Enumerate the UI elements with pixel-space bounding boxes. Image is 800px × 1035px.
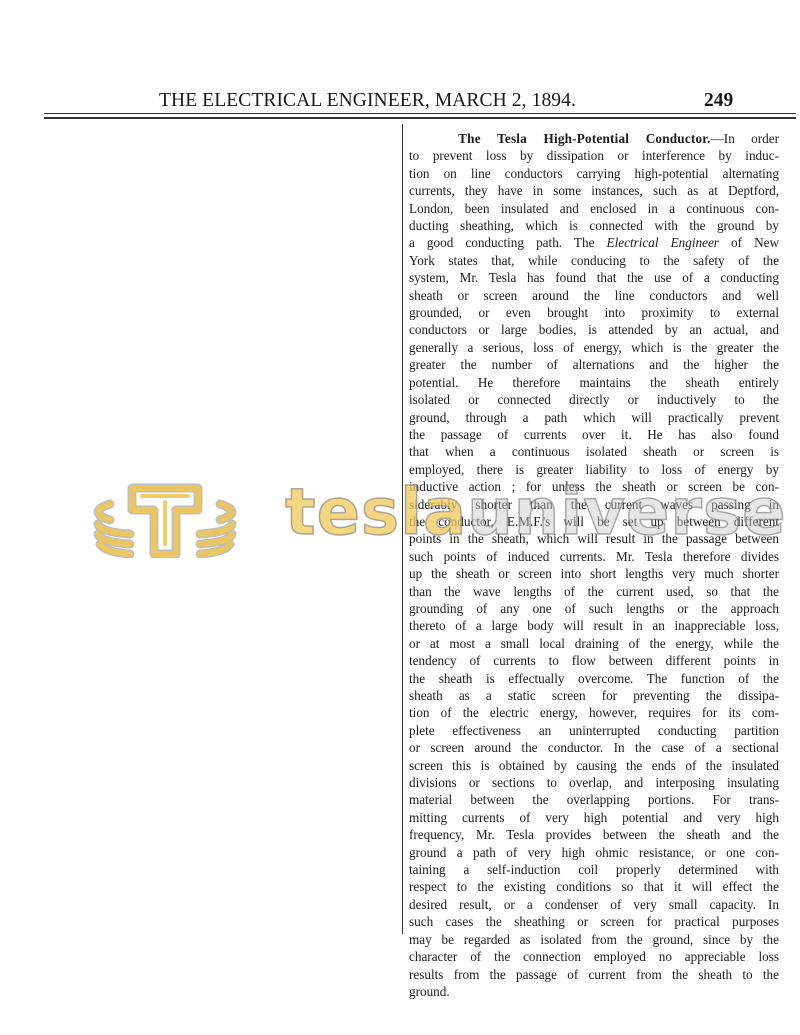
article-line: ground.: [409, 983, 779, 1000]
page-number: 249: [704, 90, 733, 112]
running-header: THE ELECTRICAL ENGINEER, MARCH 2, 1894. …: [44, 88, 796, 114]
article-line: ground, through a path which will practi…: [409, 409, 779, 426]
article-line: points in the sheath, which will result …: [409, 530, 779, 547]
header-rule-thin: [44, 113, 796, 114]
article-line: character of the connection employed no …: [409, 948, 779, 965]
article-line: tendency of currents to flow between dif…: [409, 652, 779, 669]
article-line: than the wave lengths of the current use…: [409, 583, 779, 600]
article-line: respect to the existing conditions so th…: [409, 878, 779, 895]
article-line: isolated or connected directly or induct…: [409, 391, 779, 408]
article-line: may be regarded as isolated from the gro…: [409, 931, 779, 948]
article-line: siderably shorter than the current waves…: [409, 496, 779, 513]
article-line: sheath as a static screen for preventing…: [409, 687, 779, 704]
article-line: to prevent loss by dissipation or interf…: [409, 147, 779, 164]
article-line: system, Mr. Tesla has found that the use…: [409, 269, 779, 286]
article-line: taining a self-induction coil properly d…: [409, 861, 779, 878]
article-line: inductive action ; for unless the sheath…: [409, 478, 779, 495]
article-line: or at most a small local draining of the…: [409, 635, 779, 652]
article-line: results from the passage of current from…: [409, 966, 779, 983]
article-line: the conductor, E.M.F.'s will be set up b…: [409, 513, 779, 530]
article-line: mitting currents of very high potential …: [409, 809, 779, 826]
article-line: the passage of currents over it. He has …: [409, 426, 779, 443]
article-heading: The Tesla High-Potential Conductor.: [458, 131, 710, 146]
article-text: a good conducting path. The: [409, 235, 607, 250]
article-line: ground a path of very high ohmic resista…: [409, 844, 779, 861]
article-line: conductors or large bodies, is attended …: [409, 321, 779, 338]
article-line: potential. He therefore maintains the sh…: [409, 374, 779, 391]
article-line: the sheath is effectually overcome. The …: [409, 670, 779, 687]
article-line: divisions or sections to overlap, and in…: [409, 774, 779, 791]
article-line: greater the number of alternations and t…: [409, 356, 779, 373]
article-line: thereto of a large body will result in a…: [409, 617, 779, 634]
tesla-universe-logo-icon: [90, 482, 240, 558]
publication-name: Electrical Engineer: [607, 235, 719, 250]
article-line: generally a serious, loss of energy, whi…: [409, 339, 779, 356]
article-line: or screen around the conductor. In the c…: [409, 739, 779, 756]
article-line: material between the overlapping portion…: [409, 791, 779, 808]
article-text: —In order: [711, 131, 779, 146]
article-line: up the sheath or screen into short lengt…: [409, 565, 779, 582]
article-line: a good conducting path. The Electrical E…: [409, 234, 779, 251]
article-line: frequency, Mr. Tesla provides between th…: [409, 826, 779, 843]
article-line: ducting sheathing, which is connected wi…: [409, 217, 779, 234]
article-line: grounding of any one of such lengths or …: [409, 600, 779, 617]
article-line: London, been insulated and enclosed in a…: [409, 200, 779, 217]
article-line: sheath or screen around the line conduct…: [409, 287, 779, 304]
article-line: such points of induced currents. Mr. Tes…: [409, 548, 779, 565]
article-line: plete effectiveness an uninterrupted con…: [409, 722, 779, 739]
article-line: employed, there is greater liability to …: [409, 461, 779, 478]
article-text: of New: [719, 235, 779, 250]
article-line: that when a continuous isolated sheath o…: [409, 443, 779, 460]
article-column: The Tesla High-Potential Conductor.—In o…: [409, 130, 779, 1000]
article-line: screen this is obtained by causing the e…: [409, 757, 779, 774]
article-line: grounded, or even brought into proximity…: [409, 304, 779, 321]
article-line: tion on line conductors carrying high-po…: [409, 165, 779, 182]
article-line: such cases the sheathing or screen for p…: [409, 913, 779, 930]
article-line: currents, they have in some instances, s…: [409, 182, 779, 199]
article-line: York states that, while conducing to the…: [409, 252, 779, 269]
journal-title: THE ELECTRICAL ENGINEER, MARCH 2, 1894.: [159, 90, 576, 112]
column-divider: [402, 124, 403, 934]
article-line: desired result, or a condenser of very s…: [409, 896, 779, 913]
article-line: tion of the electric energy, however, re…: [409, 704, 779, 721]
header-rule-thick: [44, 117, 796, 119]
article-line: The Tesla High-Potential Conductor.—In o…: [409, 130, 779, 147]
